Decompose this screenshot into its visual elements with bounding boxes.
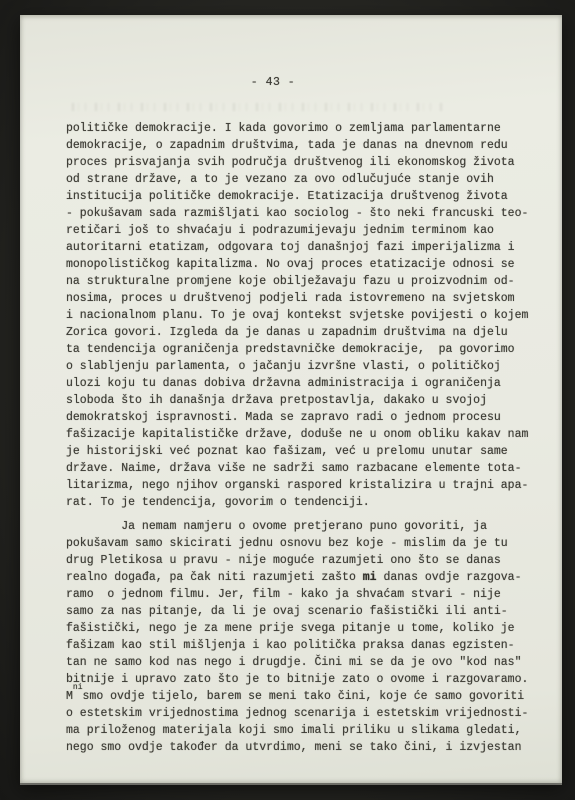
text-line: bitnije i upravo zato što je to bitnije … bbox=[66, 671, 534, 688]
text-line: demokracije, o zapadnim društvima, tada … bbox=[66, 137, 534, 154]
text-line: pokušavam samo skicirati jednu osnovu be… bbox=[66, 535, 534, 552]
text-line: sloboda što ih današnja država pretposta… bbox=[66, 392, 534, 409]
text-line: i nacionalnom planu. To je ovaj kontekst… bbox=[66, 307, 534, 324]
text-line: - pokušavam sada razmišljati kao sociolo… bbox=[66, 205, 534, 222]
text-line: ulozi koju tu danas dobiva državna admin… bbox=[66, 375, 534, 392]
text-line: političke demokracije. I kada govorimo o… bbox=[66, 120, 534, 137]
text-line: ta tendencija ograničenja predstavničke … bbox=[66, 341, 534, 358]
paragraph-1: političke demokracije. I kada govorimo o… bbox=[66, 120, 534, 511]
text-line: ma priloženog materijala koji smo imali … bbox=[66, 722, 534, 739]
text-line: tan ne samo kod nas nego i drugdje. Čini… bbox=[66, 654, 534, 671]
text-line: o estetskim vrijednostima jednog scenari… bbox=[66, 705, 534, 722]
text-line: fašizam kao stil mišljenja i kao politič… bbox=[66, 637, 534, 654]
emphasized-text: mi bbox=[363, 571, 377, 584]
paragraph-2: Ja nemam namjeru o ovome pretjerano puno… bbox=[66, 518, 534, 756]
text-line: fašizacije kapitalističke države, doduše… bbox=[66, 426, 534, 443]
text-line: nosima, proces u društvenoj podjeli rada… bbox=[66, 290, 534, 307]
text-line: Mnismo ovdje tijelo, barem se meni tako … bbox=[66, 688, 534, 705]
text-line: nego smo ovdje također da utvrdimo, meni… bbox=[66, 739, 534, 756]
text-line: od strane države, a to je vezano za ovo … bbox=[66, 171, 534, 188]
text-line: Ja nemam namjeru o ovome pretjerano puno… bbox=[66, 518, 534, 535]
text-line: na strukturalne promjene koje obilježava… bbox=[66, 273, 534, 290]
text-line: države. Naime, država više ne sadrži sam… bbox=[66, 460, 534, 477]
text-line: o slabljenju parlamenta, o jačanju izvrš… bbox=[66, 358, 534, 375]
document-page: - 43 - političke demokracije. I kada gov… bbox=[20, 15, 562, 783]
text-line: retičari još to shvaćaju i podrazumijeva… bbox=[66, 222, 534, 239]
text-line: ramo o jednom filmu. Jer, film - kako ja… bbox=[66, 586, 534, 603]
text-line: Zorica govori. Izgleda da je danas u zap… bbox=[66, 324, 534, 341]
text-line: drug Pletikosa u pravu - nije moguće raz… bbox=[66, 552, 534, 569]
text-line: institucija političke demokracije. Etati… bbox=[66, 188, 534, 205]
text-line: litarizma, nego njihov organski raspored… bbox=[66, 477, 534, 494]
text-line: samo za nas pitanje, da li je ovaj scena… bbox=[66, 603, 534, 620]
text-line: monopolističkog kapitalizma. No ovaj pro… bbox=[66, 256, 534, 273]
page-content: - 43 - političke demokracije. I kada gov… bbox=[66, 75, 534, 756]
scan-backdrop: { "colors":{ "backdrop":"#262622", "pape… bbox=[0, 0, 575, 800]
text-line: proces prisvajanja svih područja društve… bbox=[66, 154, 534, 171]
page-number: - 43 - bbox=[39, 75, 507, 91]
text-line: rat. To je tendencija, govorim o tendenc… bbox=[66, 494, 534, 511]
text-line: realno događa, pa čak niti razumjeti zaš… bbox=[66, 569, 534, 586]
typed-insertion: ni bbox=[73, 683, 83, 692]
text-line: je historijski već poznat kao fašizam, v… bbox=[66, 443, 534, 460]
text-line: demokratskoj ispravnosti. Mada se zaprav… bbox=[66, 409, 534, 426]
text-line: autoritarni etatizam, odgovara toj današ… bbox=[66, 239, 534, 256]
text-line: fašistički, nego je za mene prije svega … bbox=[66, 620, 534, 637]
ink-smudge bbox=[72, 103, 446, 111]
